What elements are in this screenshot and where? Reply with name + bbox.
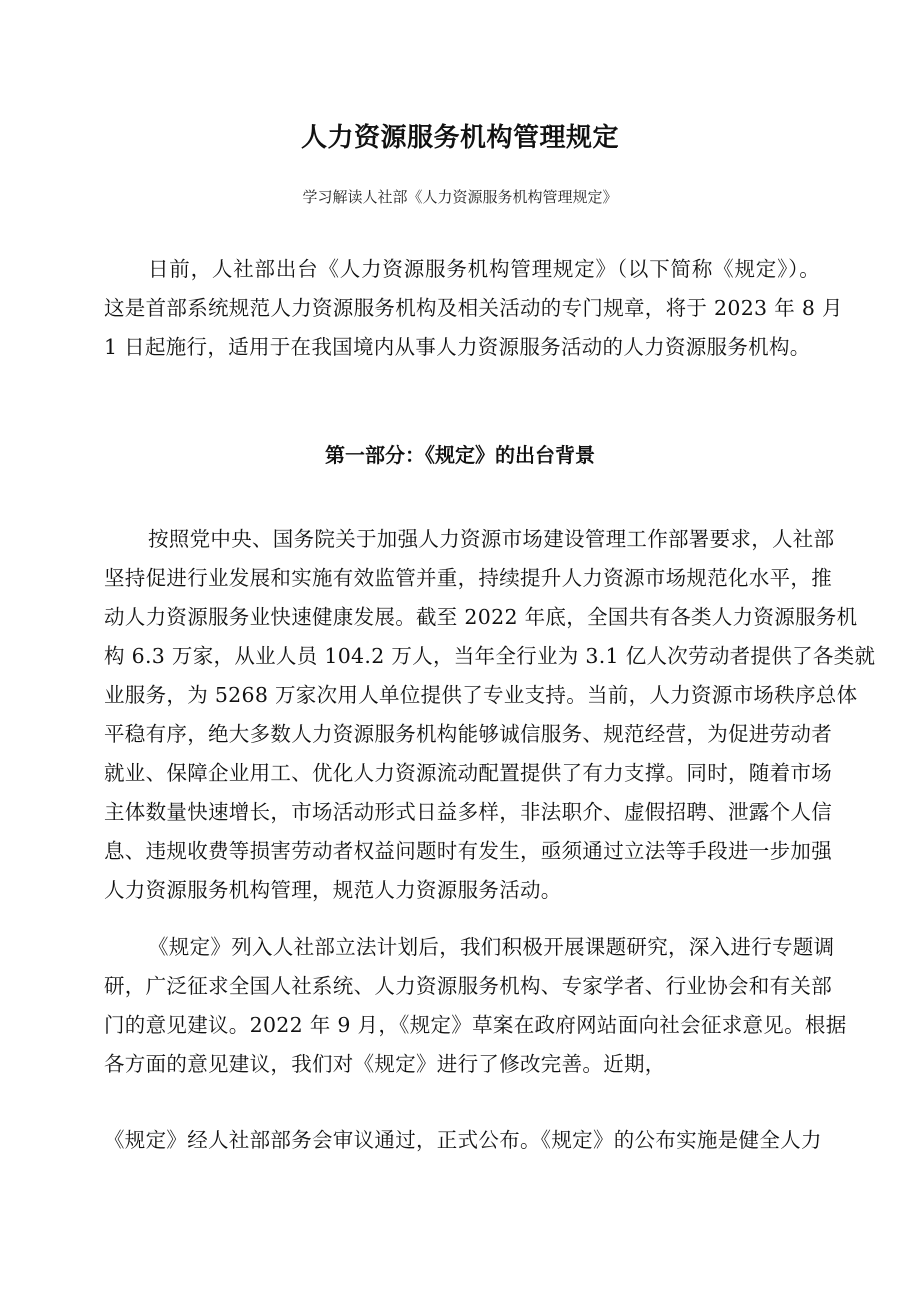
paragraph-line: 门的意见建议。2022 年 9 月，《规定》草案在政府网站面向社会征求意见。根据 [104,1006,820,1045]
document-page: 人力资源服务机构管理规定 学习解读人社部《人力资源服务机构管理规定》 日前，人社… [0,0,920,1301]
paragraph-line: 《规定》列入人社部立法计划后，我们积极开展课题研究，深入进行专题调 [104,928,820,967]
paragraph-line: 平稳有序，绝大多数人力资源服务机构能够诚信服务、规范经营，为促进劳动者 [104,715,820,754]
background-paragraph-2: 《规定》列入人社部立法计划后，我们积极开展课题研究，深入进行专题调 研，广泛征求… [104,928,820,1084]
document-title: 人力资源服务机构管理规定 [0,120,920,156]
paragraph-line: 各方面的意见建议，我们对《规定》进行了修改完善。近期， [104,1045,820,1084]
paragraph-line: 1 日起施行，适用于在我国境内从事人力资源服务活动的人力资源服务机构。 [104,328,820,367]
paragraph-line: 息、违规收费等损害劳动者权益问题时有发生，亟须通过立法等手段进一步加强 [104,832,820,871]
paragraph-line: 构 6.3 万家，从业人员 104.2 万人，当年全行业为 3.1 亿人次劳动者… [104,637,820,676]
paragraph-line: 动人力资源服务业快速健康发展。截至 2022 年底，全国共有各类人力资源服务机 [104,598,820,637]
paragraph-line: 研，广泛征求全国人社系统、人力资源服务机构、专家学者、行业协会和有关部 [104,967,820,1006]
section-heading: 第一部分：《规定》的出台背景 [0,438,920,472]
paragraph-line: 就业、保障企业用工、优化人力资源流动配置提供了有力支撑。同时，随着市场 [104,754,820,793]
paragraph-line: 这是首部系统规范人力资源服务机构及相关活动的专门规章，将于 2023 年 8 月 [104,289,820,328]
document-subtitle: 学习解读人社部《人力资源服务机构管理规定》 [0,185,920,209]
paragraph-line: 业服务，为 5268 万家次用人单位提供了专业支持。当前，人力资源市场秩序总体 [104,676,820,715]
paragraph-line: 主体数量快速增长，市场活动形式日益多样，非法职介、虚假招聘、泄露个人信 [104,793,820,832]
background-paragraph-1: 按照党中央、国务院关于加强人力资源市场建设管理工作部署要求，人社部 坚持促进行业… [104,520,820,910]
paragraph-line: 按照党中央、国务院关于加强人力资源市场建设管理工作部署要求，人社部 [104,520,820,559]
background-paragraph-3: 《规定》经人社部部务会审议通过，正式公布。《规定》的公布实施是健全人力 [104,1121,820,1160]
paragraph-line: 日前，人社部出台《人力资源服务机构管理规定》（以下简称《规定》）。 [104,250,820,289]
paragraph-line: 人力资源服务机构管理，规范人力资源服务活动。 [104,871,820,910]
paragraph-line: 《规定》经人社部部务会审议通过，正式公布。《规定》的公布实施是健全人力 [104,1121,820,1160]
intro-paragraph: 日前，人社部出台《人力资源服务机构管理规定》（以下简称《规定》）。 这是首部系统… [104,250,820,367]
paragraph-line: 坚持促进行业发展和实施有效监管并重，持续提升人力资源市场规范化水平，推 [104,559,820,598]
